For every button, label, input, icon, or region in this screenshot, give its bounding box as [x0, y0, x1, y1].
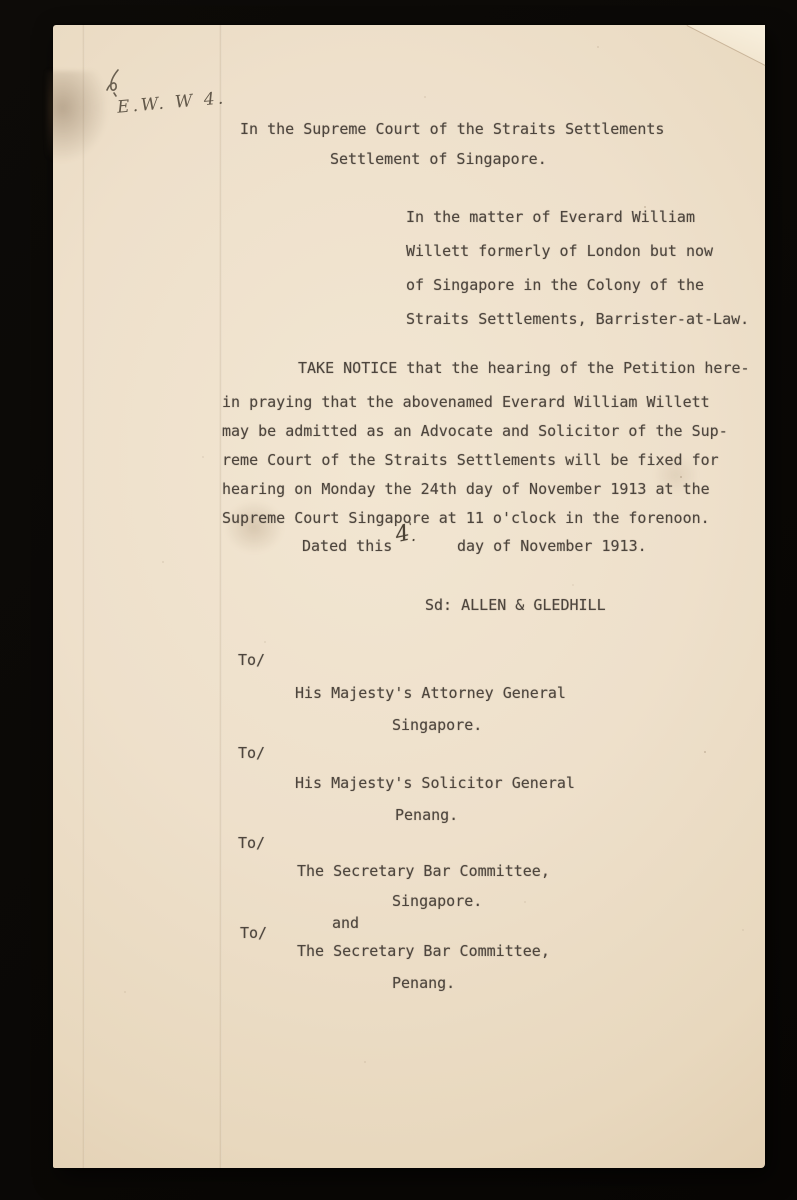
heading-line-2: Settlement of Singapore. — [330, 149, 547, 169]
to-label: To/ — [238, 833, 265, 853]
recipient-place: Singapore. — [392, 891, 482, 911]
recipient-place: Singapore. — [392, 715, 482, 735]
conjunction: and — [332, 913, 359, 933]
matter-line: Straits Settlements, Barrister-at-Law. — [406, 309, 749, 329]
to-label: To/ — [238, 650, 265, 670]
document-page: E.W. W 4. In the Supreme Court of the St… — [53, 25, 765, 1168]
handwritten-file-reference: E.W. W 4. — [116, 88, 227, 117]
corner-smudge — [47, 71, 109, 163]
dated-prefix: Dated this — [302, 536, 392, 556]
dated-suffix: day of November 1913. — [457, 536, 647, 556]
notice-line: hearing on Monday the 24th day of Novemb… — [222, 479, 710, 499]
fold-line-right — [219, 25, 222, 1168]
recipient-name: His Majesty's Attorney General — [295, 683, 566, 703]
to-label: To/ — [238, 743, 265, 763]
recipient-place: Penang. — [395, 805, 458, 825]
recipient-name: The Secretary Bar Committee, — [297, 941, 550, 961]
matter-line: In the matter of Everard William — [406, 207, 695, 227]
notice-line: TAKE NOTICE that the hearing of the Peti… — [298, 358, 750, 378]
recipient-name: His Majesty's Solicitor General — [295, 773, 575, 793]
recipient-name: The Secretary Bar Committee, — [297, 861, 550, 881]
notice-line: reme Court of the Straits Settlements wi… — [222, 450, 719, 470]
paper-specks — [53, 25, 765, 1168]
fold-line-left — [82, 25, 85, 1168]
signature-line: Sd: ALLEN & GLEDHILL — [425, 595, 606, 615]
matter-line: Willett formerly of London but now — [406, 241, 713, 261]
to-label: To/ — [240, 923, 267, 943]
notice-line: Supreme Court Singapore at 11 o'clock in… — [222, 508, 710, 528]
recipient-place: Penang. — [392, 973, 455, 993]
matter-line: of Singapore in the Colony of the — [406, 275, 704, 295]
scan-background: E.W. W 4. In the Supreme Court of the St… — [0, 0, 797, 1200]
notice-line: may be admitted as an Advocate and Solic… — [222, 421, 728, 441]
heading-line-1: In the Supreme Court of the Straits Sett… — [240, 119, 664, 139]
notice-line: in praying that the abovenamed Everard W… — [222, 392, 710, 412]
pencil-squiggle-icon — [102, 67, 126, 101]
dated-line: Dated this 4'. day of November 1913. — [302, 536, 772, 570]
handwritten-day: 4'. — [394, 522, 420, 549]
